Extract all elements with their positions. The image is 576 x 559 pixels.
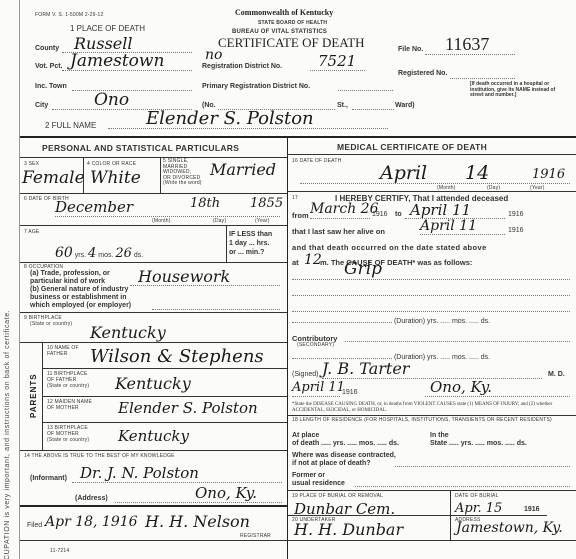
informant-address-label: (Address) (75, 495, 108, 502)
informant-value: Dr. J. N. Polston (80, 464, 199, 482)
vot-pct-label: Vot. Pct. (35, 63, 62, 70)
county-label: County (35, 45, 59, 52)
disease-contracted-field[interactable] (395, 459, 570, 467)
primary-registration-label: Primary Registration District No. (202, 83, 310, 90)
occupation-a-label: (a) Trade, profession, or particular kin… (30, 270, 110, 286)
personal-section-title: PERSONAL AND STATISTICAL PARTICULARS (42, 143, 239, 153)
street-label: St., (337, 102, 348, 109)
form-footer: 11-7214 (50, 548, 69, 554)
burial-label: 19 PLACE OF BURIAL OR REMOVAL (292, 493, 383, 499)
cause-value: Grip (344, 259, 382, 279)
ward-label: Ward) (395, 102, 415, 109)
registrar-label: REGISTRAR (240, 533, 271, 539)
sex-value[interactable]: Female (22, 168, 85, 188)
hospital-note: [If death occurred in a hospital or inst… (470, 82, 570, 99)
physician-address-field[interactable]: Ono, Ky. (425, 388, 570, 397)
margin-instruction-text: CUPATION is very important, and instruct… (4, 230, 11, 559)
age-label: 7 AGE (24, 229, 39, 235)
in-state-label: In the State ..... yrs. ..... mos. .....… (430, 432, 527, 448)
mother-name-value[interactable]: Elender S. Polston (118, 399, 258, 417)
signed-label: (Signed) (292, 371, 318, 378)
full-name-label: 2 FULL NAME (45, 121, 96, 130)
filed-label: Filed (27, 522, 42, 529)
divider (20, 312, 287, 313)
death-month: April (380, 162, 427, 184)
divider (287, 191, 576, 192)
mother-name-label: 12 MAIDEN NAME OF MOTHER (47, 399, 92, 411)
filed-date[interactable]: Apr 18, 1916 (45, 514, 138, 530)
divider (20, 157, 287, 158)
divider (83, 157, 84, 194)
father-name-label: 10 NAME OF FATHER (47, 345, 79, 357)
father-birthplace-label: 11 BIRTHPLACE OF FATHER (State or countr… (47, 371, 89, 389)
burial-date-label: DATE OF BURIAL (455, 493, 499, 499)
divider (287, 415, 576, 416)
file-no-label: File No. (398, 46, 423, 53)
signed-date: April 11 (292, 380, 345, 395)
divider (20, 262, 287, 263)
last-saw-label: that I last saw her alive on (292, 227, 385, 236)
certify-number: 17 (292, 195, 298, 201)
dob-field[interactable]: December 18th 1855 (55, 204, 280, 217)
sex-label: 3 SEX (24, 161, 39, 167)
duration-row: (Duration) yrs. ..... mos. ..... ds. (292, 318, 490, 325)
occupation-a-value: Housework (138, 267, 230, 286)
father-birthplace-value[interactable]: Kentucky (115, 374, 191, 393)
divider (42, 368, 287, 369)
divider (287, 154, 576, 155)
place-of-death-heading: 1 PLACE OF DEATH (70, 24, 145, 33)
at-label: at (292, 258, 299, 267)
column-divider (287, 136, 288, 559)
month-caption: (Month) (152, 218, 171, 224)
inc-town-field[interactable] (72, 83, 192, 91)
dob-month: December (55, 198, 133, 216)
registered-no-label: Registered No. (398, 70, 447, 77)
ward-field[interactable] (352, 102, 394, 110)
registrar-signature[interactable]: H. H. Nelson (145, 512, 250, 531)
margin-instruction: CUPATION is very important, and instruct… (2, 230, 16, 559)
informant-address-value: Ono, Ky. (195, 484, 257, 502)
cause-line-3[interactable] (292, 303, 570, 312)
full-name-field[interactable]: Elender S. Polston (108, 117, 388, 129)
divider (226, 225, 227, 263)
day-caption: (Day) (213, 218, 226, 224)
birthplace-sublabel: (State or country) (30, 321, 72, 327)
physician-signature: J. B. Tarter (322, 359, 409, 378)
divider (20, 136, 576, 138)
informant-label: (Informant) (30, 475, 67, 482)
dob-year: 1855 (250, 196, 283, 211)
file-no-value: 11637 (445, 34, 489, 55)
secondary-label: (SECONDARY) (297, 342, 334, 348)
informant-address-field[interactable]: Ono, Ky. (115, 494, 282, 503)
death-year: 1916 (532, 167, 565, 182)
burial-year: 1916 (524, 506, 540, 513)
margin-rule (19, 0, 20, 559)
to-label: to (395, 211, 402, 218)
father-name-value[interactable]: Wilson & Stephens (90, 346, 264, 367)
divider (20, 342, 287, 343)
death-date-field[interactable]: April 14 1916 (300, 172, 570, 184)
last-saw-date: April 11 (420, 218, 477, 234)
file-no-field[interactable]: 11637 (425, 40, 515, 55)
primary-registration-field[interactable] (338, 83, 393, 91)
registration-district-value: 7521 (318, 52, 356, 70)
divider (42, 422, 287, 423)
dob-day: 18th (190, 196, 220, 211)
vot-pct-field[interactable]: Jamestown (62, 58, 192, 71)
from-year: 1916 (372, 211, 388, 218)
disease-contracted-label: Where was disease contracted, if not at … (292, 452, 396, 468)
divider (287, 515, 547, 516)
commonwealth-title: Commonwealth of Kentucky (235, 8, 333, 17)
undertaker-value[interactable]: H. H. Dunbar (294, 520, 403, 539)
death-date-label: 16 DATE OF DEATH (292, 158, 341, 164)
at-place-label: At place of death ..... yrs. ..... mos. … (292, 432, 399, 448)
undertaker-address[interactable]: Jamestown, Ky. (456, 520, 563, 536)
mother-birthplace-label: 13 BIRTHPLACE OF MOTHER (State or countr… (47, 425, 89, 443)
age-days: 26 (115, 246, 132, 261)
medical-section-title: MEDICAL CERTIFICATE OF DEATH (337, 142, 487, 152)
divider (20, 540, 576, 541)
registration-district-label: Registration District No. (202, 63, 282, 70)
signed-year: 1916 (342, 389, 358, 396)
signed-date-field[interactable]: April 11 (292, 388, 340, 397)
last-saw-year: 1916 (508, 227, 524, 234)
divider (20, 505, 287, 507)
to-year: 1916 (508, 211, 524, 218)
death-day: 14 (465, 162, 489, 184)
color-label: 4 COLOR OR RACE (87, 161, 136, 167)
age-months: 4 (88, 246, 96, 261)
residence-label: 18 LENGTH OF RESIDENCE (FOR HOSPITALS, I… (292, 417, 572, 423)
marital-label: 5 SINGLE, MARRIED WIDOWED, OR DIVORCED (… (163, 159, 202, 187)
divider (287, 490, 576, 491)
registered-no-field[interactable] (450, 70, 515, 79)
last-saw-field[interactable]: April 11 (420, 226, 505, 235)
informant-heading: 14 THE ABOVE IS TRUE TO THE BEST OF MY K… (24, 453, 175, 459)
city-value: Ono (94, 90, 129, 110)
former-residence-label: Former or usual residence (292, 472, 345, 488)
divider (160, 157, 161, 194)
inc-town-label: Inc. Town (35, 83, 67, 90)
certificate-title: CERTIFICATE OF DEATH (218, 35, 365, 51)
cause-text: m. The CAUSE OF DEATH* was as follows: (320, 258, 472, 267)
occupation-a-field[interactable]: Housework (130, 276, 280, 286)
mother-birthplace-value[interactable]: Kentucky (118, 427, 189, 445)
former-residence-field[interactable] (355, 479, 570, 487)
age-years: 60 (55, 245, 73, 261)
divider (20, 450, 287, 451)
registration-district-field[interactable]: 7521 (310, 58, 365, 71)
if-less-than-day: IF LESS than 1 day ... hrs. or ... min.? (229, 230, 272, 257)
form-number: FORM V. S. 1-500M 2-29-12 (35, 12, 103, 18)
death-occurred-text: and that death occurred on the date stat… (292, 243, 487, 252)
cause-line-2[interactable] (292, 287, 570, 296)
informant-field[interactable]: Dr. J. N. Polston (72, 474, 282, 483)
cause-field[interactable]: Grip (292, 271, 570, 280)
board-of-health: STATE BOARD OF HEALTH (258, 20, 327, 26)
to-date: April 11 (410, 201, 471, 219)
age-field[interactable]: 60 yrs. 4 mos. 26 ds. (55, 245, 143, 261)
from-date: March 26 (310, 201, 379, 217)
birthplace-value[interactable]: Kentucky (90, 323, 166, 342)
city-label: City (35, 102, 48, 109)
marital-value[interactable]: Married (210, 160, 276, 179)
color-value[interactable]: White (90, 168, 141, 188)
occupation-b-label: (b) General nature of industry business … (30, 286, 131, 310)
md-label: M. D. (548, 371, 565, 378)
vot-pct-value: Jamestown (70, 51, 164, 71)
divider (20, 225, 287, 226)
full-name-value: Elender S. Polston (146, 108, 314, 129)
divider (42, 396, 287, 397)
divider (20, 193, 287, 194)
contributory-field[interactable] (345, 334, 570, 342)
year-caption: (Year) (255, 218, 270, 224)
occupation-b-field[interactable] (152, 302, 280, 310)
burial-date[interactable]: Apr. 15 (455, 501, 502, 516)
from-field[interactable]: March 26 (310, 210, 370, 219)
from-label: from (292, 211, 309, 220)
vot-pct-annotation: no (205, 47, 222, 63)
footnote: *State the DISEASE CAUSING DEATH, or, in… (292, 402, 572, 414)
physician-address: Ono, Ky. (430, 378, 492, 396)
